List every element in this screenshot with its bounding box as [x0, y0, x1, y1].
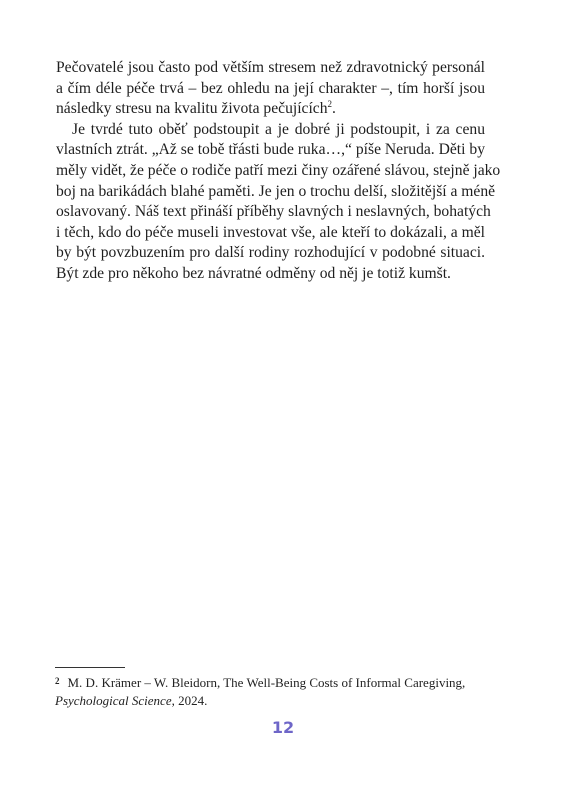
- footnote-text: M. D. Krämer – W. Bleidorn, The Well-Bei…: [68, 675, 466, 690]
- text-line: oslavovaný. Náš text přináší příběhy sla…: [56, 202, 485, 223]
- text-line: a čím déle péče trvá – bez ohledu na jej…: [56, 79, 485, 100]
- body-text: Pečovatelé jsou často pod větším stresem…: [56, 58, 485, 285]
- text-line: Být zde pro někoho bez návratné odměny o…: [56, 264, 485, 285]
- text-line: boj na barikádách blahé paměti. Je jen o…: [56, 182, 485, 203]
- footnote-journal: Psychological Science: [55, 693, 172, 708]
- text-line: i těch, kdo do péče museli investovat vš…: [56, 223, 485, 244]
- text-line: měly vidět, že péče o rodiče patří mezi …: [56, 161, 485, 182]
- footnote: 2M. D. Krämer – W. Bleidorn, The Well-Be…: [55, 672, 495, 710]
- text-line: by být povzbuzením pro další rodiny rozh…: [56, 243, 485, 264]
- page-number: 12: [0, 718, 566, 737]
- text-line: Pečovatelé jsou často pod větším stresem…: [56, 58, 485, 79]
- footnote-year: , 2024.: [172, 693, 208, 708]
- paragraph-1: Pečovatelé jsou často pod větším stresem…: [56, 58, 485, 120]
- footnote-divider: [55, 667, 125, 668]
- footnote-number: 2: [55, 676, 60, 686]
- text-line: následky stresu na kvalitu života pečují…: [56, 99, 485, 120]
- text-line: vlastních ztrát. „Až se tobě třásti bude…: [56, 140, 485, 161]
- paragraph-2: Je tvrdé tuto oběť podstoupit a je dobré…: [56, 120, 485, 285]
- text-line: Je tvrdé tuto oběť podstoupit a je dobré…: [56, 120, 485, 141]
